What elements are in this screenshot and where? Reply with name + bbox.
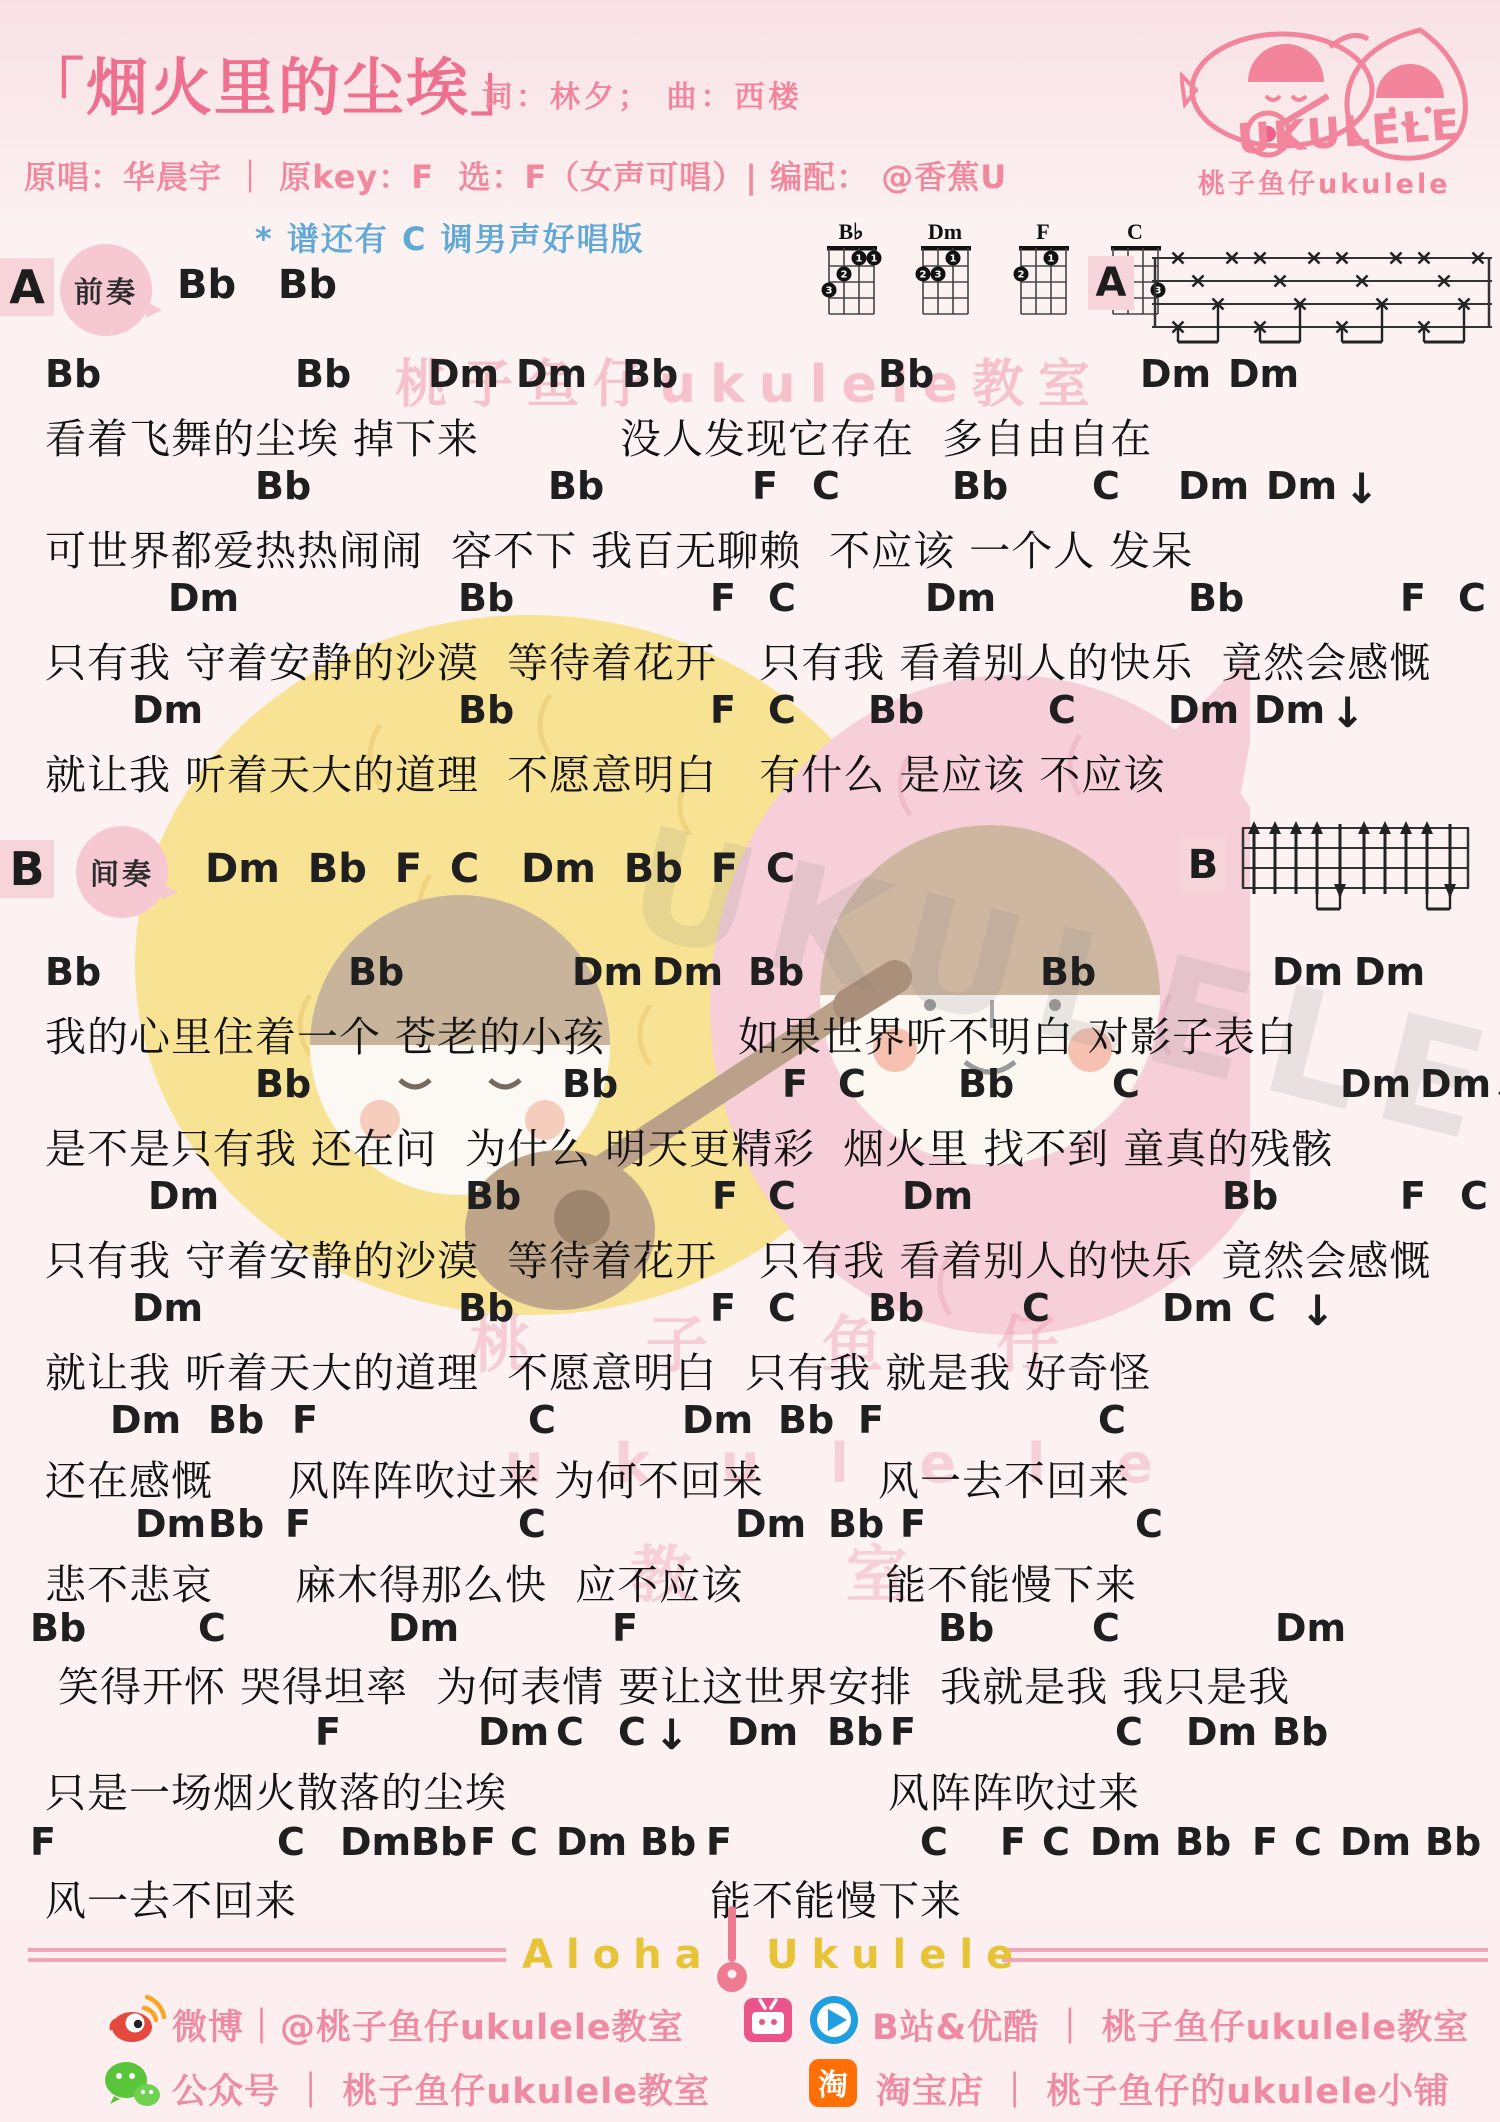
- chord-token: C: [1294, 1820, 1322, 1864]
- divider-word-aloha: Aloha: [522, 1932, 715, 1978]
- chord-token: C: [838, 1062, 866, 1106]
- section-b-chords: Dm Bb F C Dm Bb F C: [205, 846, 795, 892]
- chord-token: Bb: [952, 464, 1008, 508]
- chord-token: Dm: [340, 1820, 411, 1864]
- chord-token: C: [768, 576, 796, 620]
- chord-token: Bb: [622, 352, 678, 396]
- lyric-segment: 风一去不回来: [878, 1448, 1130, 1507]
- section-a-tag-bubble: 前奏: [60, 244, 152, 336]
- chord-token: C: [277, 1820, 305, 1864]
- chord-token: Dm: [1420, 1062, 1491, 1106]
- chord-token: Dm: [132, 1286, 203, 1330]
- chord-token: Bb: [1175, 1820, 1231, 1864]
- lyric-segment: 只是一场烟火散落的尘埃: [45, 1760, 507, 1819]
- chord-token: Dm: [735, 1502, 806, 1546]
- chord-token: Dm: [1228, 352, 1299, 396]
- chord-token: Bb: [255, 1062, 311, 1106]
- chord-token: F: [782, 1062, 808, 1106]
- chord-token: F: [315, 1710, 341, 1754]
- lyric-segment: 看着飞舞的尘埃 掉下来: [45, 406, 479, 465]
- chord-token: F: [292, 1398, 318, 1442]
- chord-token: F: [710, 1286, 736, 1330]
- weibo-icon-wrap: [108, 1994, 166, 2046]
- svg-text:1: 1: [950, 254, 957, 265]
- chord-token: F: [285, 1502, 311, 1546]
- section-b-badge-right: B: [1180, 838, 1226, 892]
- chord-token: Bb: [958, 1062, 1014, 1106]
- credits-line: 词：林夕； 曲：西楼: [482, 72, 802, 116]
- picking-pattern-staff: [1148, 248, 1496, 348]
- lyric-segment: 可世界都爱热热闹闹 容不下 我百无聊赖 不应该 一个人 发呆: [45, 518, 1193, 577]
- chord-token: F: [1400, 1174, 1426, 1218]
- chord-token: Dm: [572, 950, 643, 994]
- chord-token: F: [1000, 1820, 1026, 1864]
- chord-token: Bb: [562, 1062, 618, 1106]
- weibo-icon: [108, 1994, 166, 2046]
- bilibili-youku-icon-wrap: [740, 1992, 860, 2048]
- strum-down-arrow: ↓: [1344, 464, 1379, 513]
- svg-text:2: 2: [920, 270, 927, 281]
- footer-link-text: B站&优酷 ｜ 桃子鱼仔ukulele教室: [872, 2000, 1469, 2050]
- chord-token: C: [528, 1398, 556, 1442]
- chord-token: Bb: [1425, 1820, 1481, 1864]
- taobao-icon-wrap: 淘: [806, 2056, 860, 2110]
- chord-token: Dm: [682, 1398, 753, 1442]
- chord-token: Bb: [778, 1398, 834, 1442]
- chord-token: Bb: [938, 1606, 994, 1650]
- chord-token: C: [1112, 1062, 1140, 1106]
- chord-token: Bb: [255, 464, 311, 508]
- chord-token: Dm: [1275, 1606, 1346, 1650]
- chord-token: F: [1252, 1820, 1278, 1864]
- footer-link-text: 淘宝店 ｜ 桃子鱼仔的ukulele小铺: [876, 2064, 1450, 2114]
- chord-token: C: [1248, 1286, 1276, 1330]
- svg-text:F: F: [1036, 222, 1049, 244]
- chord-token: F: [858, 1398, 884, 1442]
- svg-text:1: 1: [856, 254, 863, 265]
- chord-token: Bb: [45, 352, 101, 396]
- chord-diagram-Bb: B♭ 1 1 2 3: [820, 222, 884, 322]
- chord-token: C: [1115, 1710, 1143, 1754]
- section-a-chords: Bb Bb: [177, 262, 337, 308]
- chord-token: Dm: [652, 950, 723, 994]
- svg-text:3: 3: [935, 270, 942, 281]
- chord-token: Dm: [1340, 1062, 1411, 1106]
- section-a-badge-right: A: [1088, 256, 1134, 310]
- chord-token: Bb: [208, 1398, 264, 1442]
- chord-token: F: [470, 1820, 496, 1864]
- chord-token: F: [1400, 576, 1426, 620]
- page-title: 「烟火里的尘埃」: [22, 38, 534, 127]
- chord-token: F: [900, 1502, 926, 1546]
- chord-token: C: [1048, 688, 1076, 732]
- chord-token: C: [1135, 1502, 1163, 1546]
- lyric-segment: 就让我 听着天大的道理 不愿意明白 有什么 是应该 不应该: [45, 742, 1165, 801]
- chord-token: Dm: [135, 1502, 206, 1546]
- section-b-badge: B: [0, 840, 54, 898]
- chord-token: Dm: [1090, 1820, 1161, 1864]
- bilibili-icon: [740, 1992, 796, 2048]
- chord-diagram-F: F 1 2: [1012, 222, 1076, 322]
- chord-token: C: [518, 1502, 546, 1546]
- brand-logo-word: UKULELE: [1235, 99, 1463, 162]
- chord-token: C: [812, 464, 840, 508]
- chord-token: Bb: [411, 1820, 467, 1864]
- chord-token: Bb: [1040, 950, 1096, 994]
- taobao-icon: 淘: [806, 2056, 860, 2110]
- strum-down-arrow: ↓: [1300, 1286, 1335, 1335]
- chord-token: Dm: [110, 1398, 181, 1442]
- chord-token: C: [1042, 1820, 1070, 1864]
- chord-token: Bb: [1188, 576, 1244, 620]
- chord-token: F: [706, 1820, 732, 1864]
- key-note: * 谱还有 C 调男声好唱版: [255, 214, 645, 260]
- chord-token: Dm: [388, 1606, 459, 1650]
- chord-token: Dm: [1168, 688, 1239, 732]
- chord-token: C: [198, 1606, 226, 1650]
- chord-token: Bb: [295, 352, 351, 396]
- chord-token: C: [920, 1820, 948, 1864]
- chord-token: Bb: [30, 1606, 86, 1650]
- chord-token: Dm: [556, 1820, 627, 1864]
- strum-down-arrow: ↓: [1490, 1062, 1500, 1111]
- lyric-segment: 就让我 听着天大的道理 不愿意明白 只有我 就是我 好奇怪: [45, 1340, 1151, 1399]
- chord-token: F: [612, 1606, 638, 1650]
- lyric-segment: 笑得开怀 哭得坦率 为何表情 要让这世界安排 我就是我 我只是我: [58, 1654, 1290, 1713]
- chord-token: Bb: [748, 950, 804, 994]
- chord-token: F: [710, 576, 736, 620]
- chord-token: Bb: [640, 1820, 696, 1864]
- lyric-segment: 风阵阵吹过来: [888, 1760, 1140, 1819]
- chord-token: Dm: [902, 1174, 973, 1218]
- chord-token: Bb: [828, 1502, 884, 1546]
- chord-token: F: [752, 464, 778, 508]
- chord-token: Bb: [868, 1286, 924, 1330]
- divider-line: [28, 1958, 506, 1962]
- lyric-segment: 没人发现它存在 多自由自在: [620, 406, 1152, 465]
- chord-token: Dm: [727, 1710, 798, 1754]
- meta-line: 原唱：华晨宇 ｜ 原key：F 选：F（女声可唱）| 编配： @香蕉U: [24, 152, 1007, 198]
- svg-text:2: 2: [1018, 270, 1025, 281]
- chord-token: Dm: [1140, 352, 1211, 396]
- chord-token: Dm: [1354, 950, 1425, 994]
- chord-token: C: [1460, 1174, 1488, 1218]
- chord-token: Dm: [1254, 688, 1325, 732]
- chord-token: Bb: [458, 1286, 514, 1330]
- chord-token: Bb: [348, 950, 404, 994]
- chord-token: Bb: [868, 688, 924, 732]
- chord-token: Dm: [1340, 1820, 1411, 1864]
- svg-text:2: 2: [841, 270, 848, 281]
- lyric-segment: 悲不悲哀: [45, 1552, 213, 1611]
- chord-token: Bb: [45, 950, 101, 994]
- chord-token: Dm: [1266, 464, 1337, 508]
- svg-text:Dm: Dm: [928, 222, 962, 244]
- chord-token: Dm: [428, 352, 499, 396]
- chord-token: Bb: [458, 576, 514, 620]
- lyric-segment: 麻木得那么快 应不应该: [295, 1552, 743, 1611]
- lyric-segment: 能不能慢下来: [885, 1552, 1137, 1611]
- strum-down-arrow: ↓: [1330, 688, 1365, 737]
- brand-caption: 桃子鱼仔ukulele: [1198, 162, 1451, 201]
- lyric-segment: 我的心里住着一个 苍老的小孩: [45, 1004, 605, 1063]
- chord-token: C: [1458, 576, 1486, 620]
- svg-text:1: 1: [1048, 254, 1055, 265]
- chord-token: C: [768, 1174, 796, 1218]
- chord-token: F: [710, 688, 736, 732]
- chord-token: C: [1022, 1286, 1050, 1330]
- divider-line: [1002, 1948, 1488, 1952]
- chord-token: Dm: [168, 576, 239, 620]
- chord-token: Bb: [458, 688, 514, 732]
- svg-text:B♭: B♭: [838, 222, 863, 244]
- chord-diagram-Dm: Dm 1 2 3: [914, 222, 978, 322]
- wechat-icon-wrap: [102, 2058, 162, 2112]
- lyric-segment: 风一去不回来: [45, 1868, 297, 1927]
- chord-token: Dm: [516, 352, 587, 396]
- chord-token: C: [1092, 1606, 1120, 1650]
- chord-token: Dm: [1272, 950, 1343, 994]
- lyric-segment: 是不是只有我 还在问 为什么 明天更精彩 烟火里 找不到 童真的残骸: [45, 1116, 1333, 1175]
- chord-token: Bb: [465, 1174, 521, 1218]
- chord-token: Bb: [878, 352, 934, 396]
- chord-token: C: [1098, 1398, 1126, 1442]
- svg-text:3: 3: [826, 286, 833, 297]
- strum-pattern-staff: [1238, 816, 1473, 916]
- chord-token: F: [30, 1820, 56, 1864]
- divider-line: [28, 1948, 506, 1952]
- chord-token: Bb: [827, 1710, 883, 1754]
- lyric-segment: 如果世界听不明白 对影子表白: [738, 1004, 1298, 1063]
- svg-text:1: 1: [871, 254, 878, 265]
- chord-sheet-page: 桃子鱼仔ukulele教室 UKULELE 桃 子 鱼 仔 u k u l e …: [0, 0, 1500, 2122]
- wechat-icon: [102, 2058, 162, 2112]
- svg-text:淘: 淘: [818, 2068, 848, 2103]
- chord-token: Dm: [132, 688, 203, 732]
- chord-token: Bb: [1272, 1710, 1328, 1754]
- strum-down-arrow: ↓: [654, 1710, 689, 1759]
- chord-token: Bb: [208, 1502, 264, 1546]
- chord-token: Bb: [548, 464, 604, 508]
- chord-token: F: [890, 1710, 916, 1754]
- ukulele-icon: [716, 1902, 748, 2000]
- lyric-segment: 风阵阵吹过来 为何不回来: [288, 1448, 764, 1507]
- chord-token: C: [1092, 464, 1120, 508]
- divider-line: [1002, 1958, 1488, 1962]
- lyric-segment: 只有我 守着安静的沙漠 等待着花开 只有我 看着别人的快乐 竟然会感慨: [45, 1228, 1431, 1287]
- chord-token: C: [556, 1710, 584, 1754]
- footer-link-text: 公众号 ｜ 桃子鱼仔ukulele教室: [172, 2064, 710, 2114]
- chord-token: Dm: [1186, 1710, 1257, 1754]
- chord-token: C: [510, 1820, 538, 1864]
- chord-token: F: [712, 1174, 738, 1218]
- divider-word-ukulele: Ukulele: [766, 1932, 1026, 1978]
- chord-token: Bb: [1222, 1174, 1278, 1218]
- brand-logo: UKULELE: [1180, 12, 1490, 162]
- lyric-segment: 只有我 守着安静的沙漠 等待着花开 只有我 看着别人的快乐 竟然会感慨: [45, 630, 1431, 689]
- chord-token: Dm: [1178, 464, 1249, 508]
- chord-token: C: [768, 688, 796, 732]
- chord-token: Dm: [478, 1710, 549, 1754]
- chord-token: Dm: [925, 576, 996, 620]
- chord-token: Dm: [1162, 1286, 1233, 1330]
- section-a-badge: A: [0, 258, 54, 316]
- chord-token: C: [768, 1286, 796, 1330]
- svg-text:C: C: [1127, 222, 1143, 244]
- footer-link-text: 微博｜@桃子鱼仔ukulele教室: [172, 2000, 684, 2050]
- youku-play-icon: [808, 1994, 860, 2046]
- chord-token: Dm: [148, 1174, 219, 1218]
- section-b-tag-bubble: 间奏: [76, 826, 168, 918]
- chord-token: C: [618, 1710, 646, 1754]
- lyric-segment: 还在感慨: [45, 1448, 213, 1507]
